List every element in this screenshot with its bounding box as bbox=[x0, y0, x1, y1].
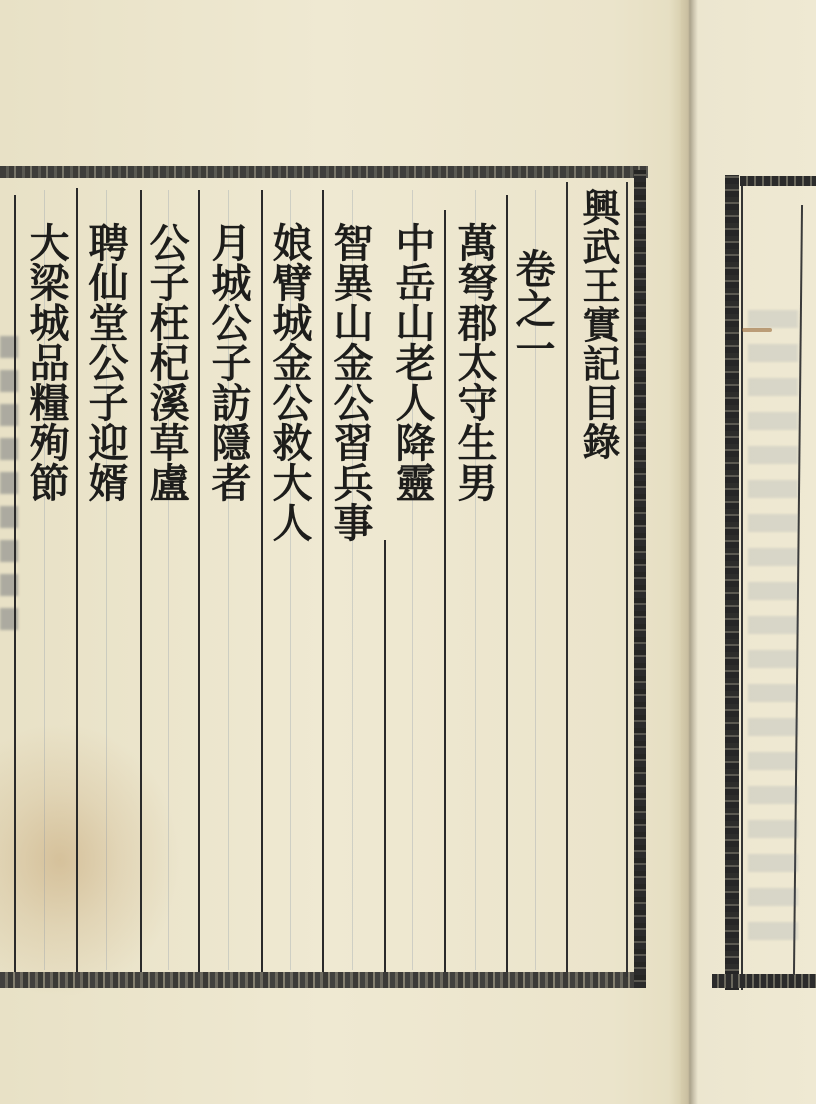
toc-entry: 大梁城品糧殉節 bbox=[24, 222, 68, 502]
column-rule bbox=[444, 210, 446, 972]
page-border-bottom bbox=[0, 972, 636, 988]
show-through-text-right bbox=[748, 300, 798, 940]
title-column-rule bbox=[566, 182, 568, 972]
page-border-inner-right bbox=[626, 182, 628, 977]
toc-entry: 娘臂城金公救大人 bbox=[267, 222, 311, 542]
column-rule bbox=[506, 195, 508, 972]
page-border-top bbox=[0, 166, 648, 178]
column-rule bbox=[14, 195, 16, 972]
column-rule bbox=[140, 190, 142, 972]
column-rule bbox=[322, 190, 324, 972]
toc-entry: 萬弩郡太守生男 bbox=[452, 222, 496, 502]
volume-label: 卷之一 bbox=[510, 248, 554, 368]
next-page-border-top bbox=[740, 176, 816, 186]
toc-entry: 智異山金公習兵事 bbox=[328, 222, 372, 542]
page-border-right bbox=[634, 170, 646, 988]
toc-entry: 聘仙堂公子迎婿 bbox=[83, 222, 127, 502]
column-rule bbox=[76, 188, 78, 972]
next-page-border-left bbox=[725, 175, 739, 990]
toc-entry: 公子枉杞溪草盧 bbox=[144, 222, 188, 502]
toc-entry: 月城公子訪隱者 bbox=[206, 222, 250, 502]
next-page-border-bottom bbox=[712, 974, 816, 988]
column-rule bbox=[261, 190, 263, 972]
toc-entry: 中岳山老人降靈 bbox=[390, 222, 434, 502]
document-title: 興武王實記目錄 bbox=[576, 188, 620, 461]
column-rule bbox=[198, 190, 200, 972]
next-page-border-inner bbox=[741, 180, 743, 990]
column-rule bbox=[384, 540, 386, 972]
book-fold bbox=[680, 0, 698, 1104]
ink-stain-mark bbox=[742, 328, 772, 332]
